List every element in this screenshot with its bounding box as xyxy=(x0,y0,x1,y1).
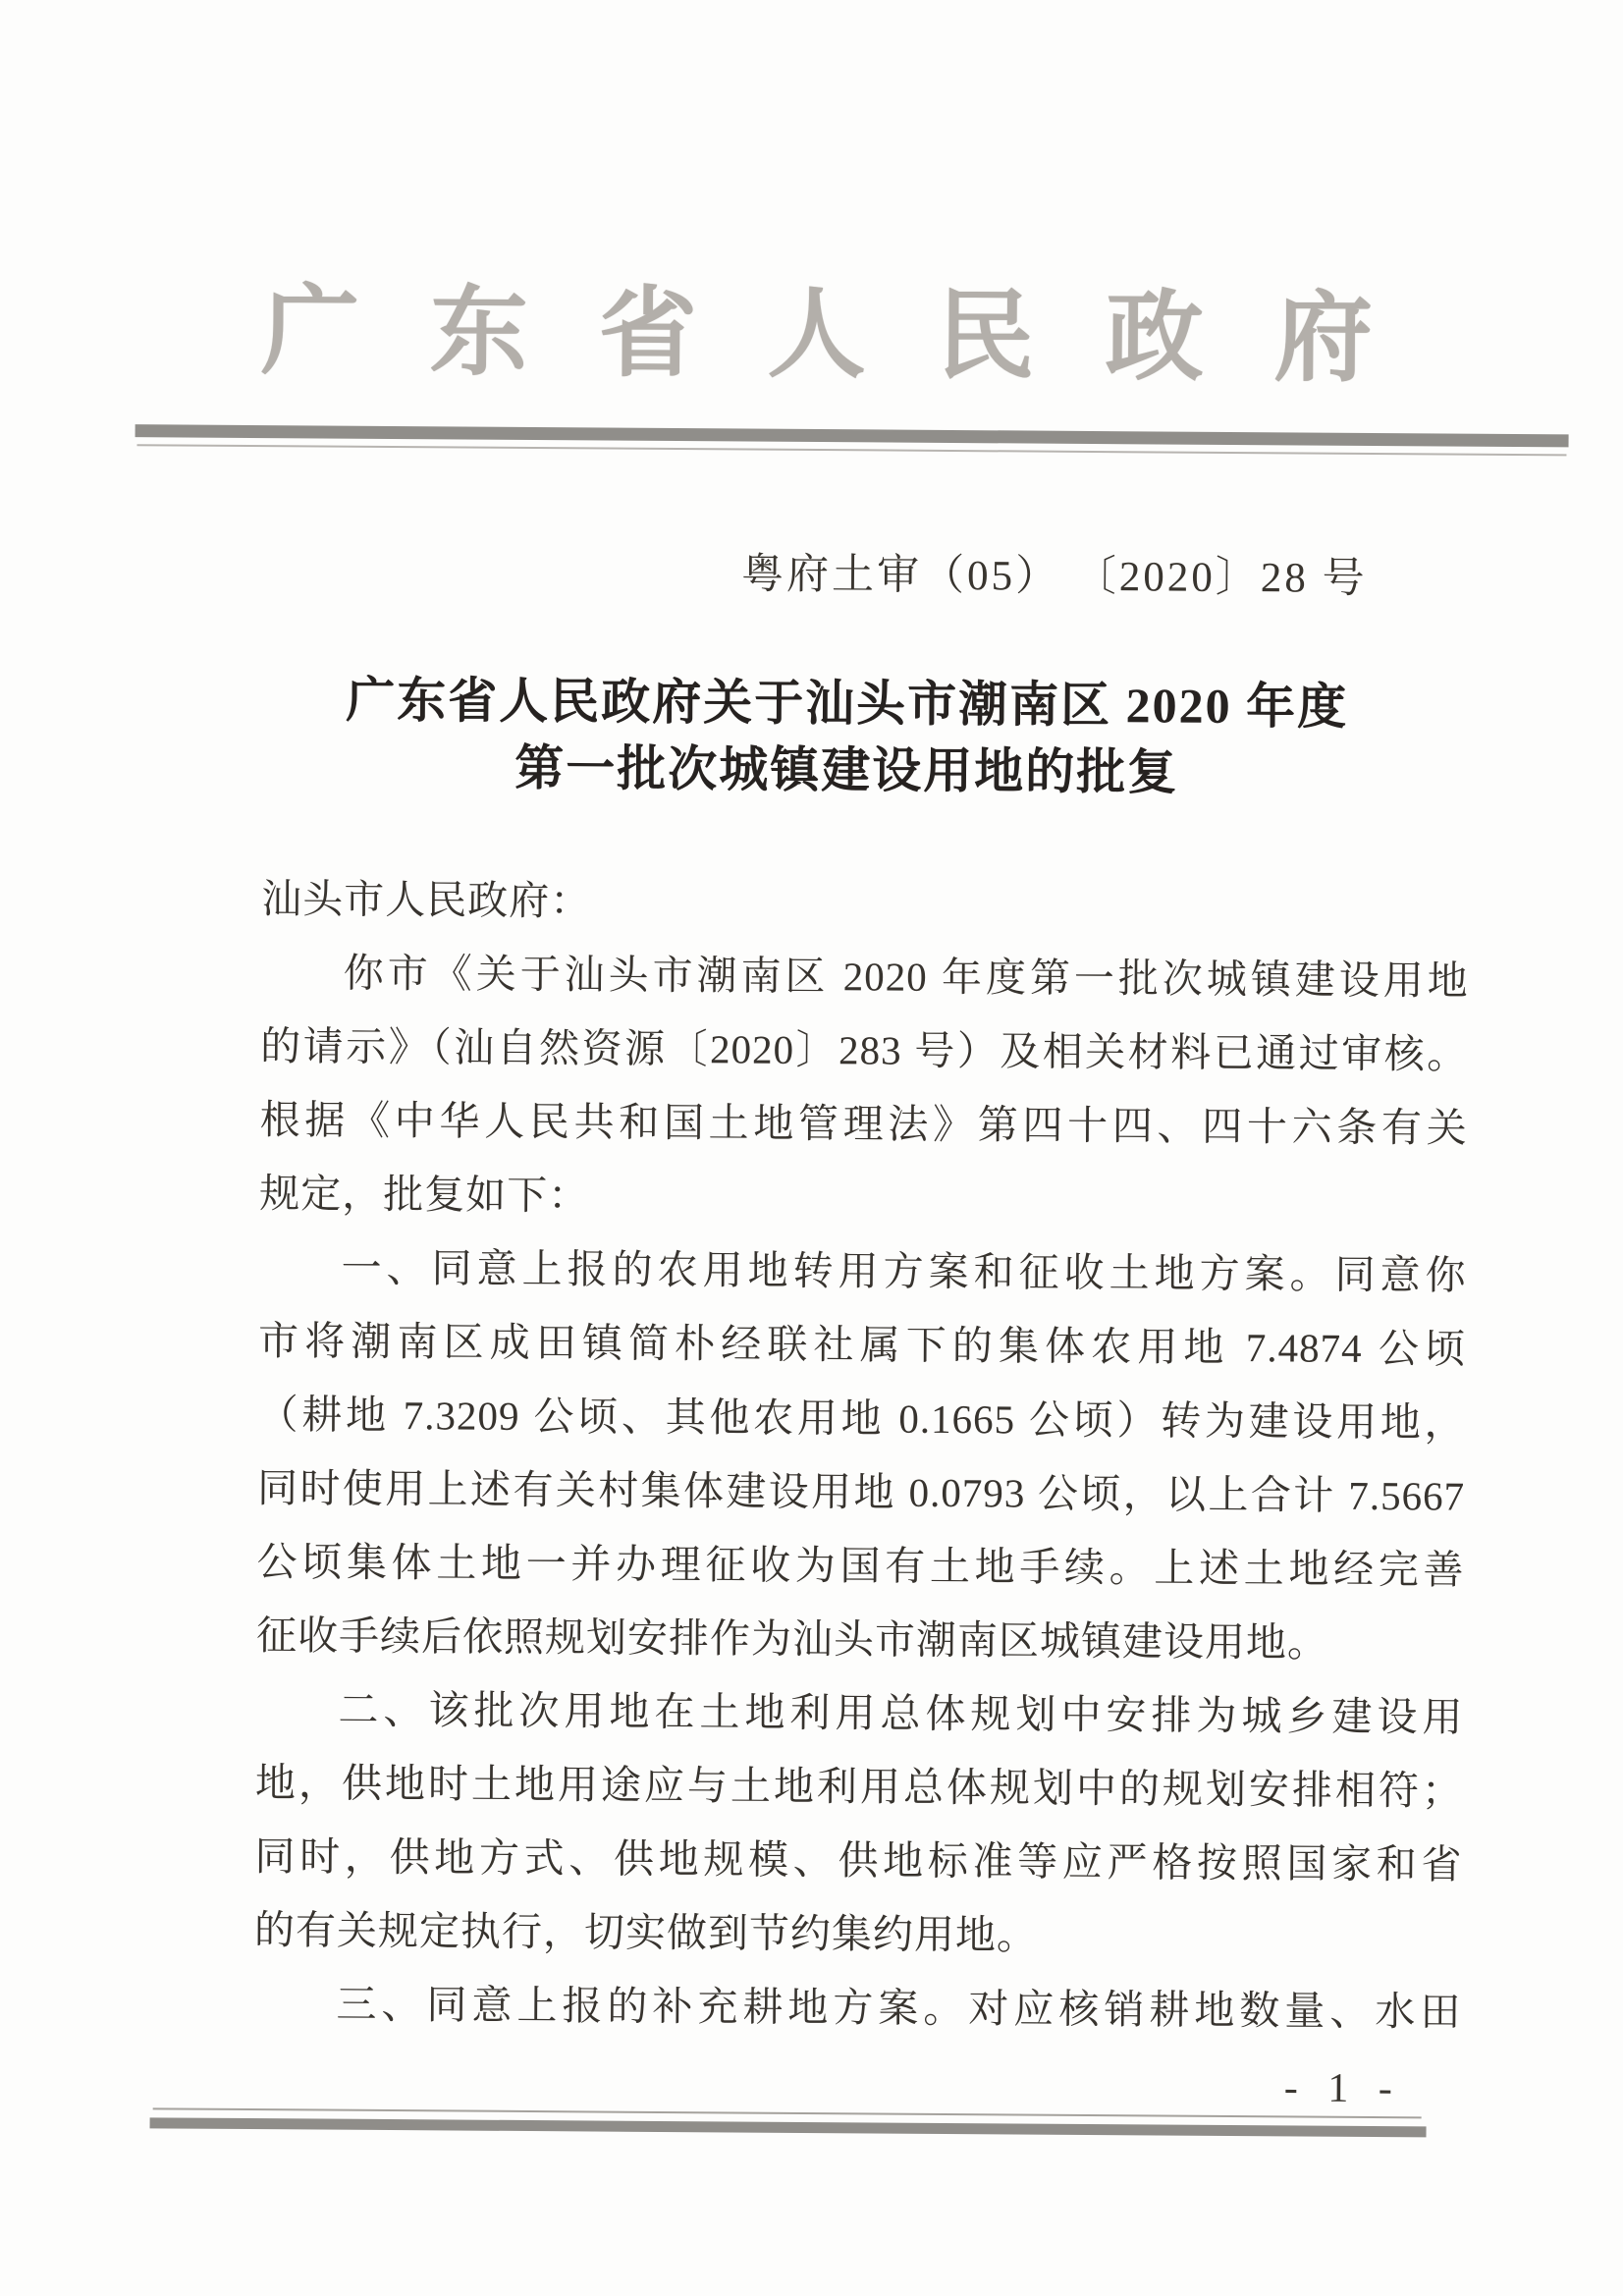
salutation: 汕头市人民政府： xyxy=(261,862,1469,945)
body-line: 根据《中华人民共和国土地管理法》第四十四、四十六条有关 xyxy=(259,1083,1467,1166)
body-line: 地，供地时土地用途应与土地利用总体规划中的规划安排相符； xyxy=(255,1746,1463,1829)
body-line: 同时，供地方式、供地规模、供地标准等应严格按照国家和省 xyxy=(254,1820,1462,1902)
body-line: 公顷集体土地一并办理征收为国有土地手续。上述土地经完善 xyxy=(256,1525,1464,1608)
body-line: 的有关规定执行，切实做到节约集约用地。 xyxy=(254,1893,1462,1976)
doc-number: 粤府土审（05） 〔2020〕28 号 xyxy=(263,546,1471,606)
document-body: 汕头市人民政府： 你市《关于汕头市潮南区 2020 年度第一批次城镇建设用地 的… xyxy=(253,862,1469,2050)
document-page: 广东省人民政府 粤府土审（05） 〔2020〕28 号 广东省人民政府关于汕头市… xyxy=(0,0,1623,2296)
page-number: - 1 - xyxy=(1255,2063,1432,2113)
body-line: 你市《关于汕头市潮南区 2020 年度第一批次城镇建设用地 xyxy=(260,936,1468,1018)
body-line: 市将潮南区成田镇简朴经联社属下的集体农用地 7.4874 公顷 xyxy=(258,1304,1466,1387)
header-rule-thick xyxy=(135,424,1569,447)
body-line: 同时使用上述有关村集体建设用地 0.0793 公顷，以上合计 7.5667 xyxy=(257,1451,1465,1534)
footer-rule-thin xyxy=(153,2107,1422,2118)
scanned-content: 广东省人民政府 粤府土审（05） 〔2020〕28 号 广东省人民政府关于汕头市… xyxy=(0,0,1623,2296)
body-line: 的请示》（汕自然资源〔2020〕283 号）及相关材料已通过审核。 xyxy=(260,1010,1468,1092)
body-line: （耕地 7.3209 公顷、其他农用地 0.1665 公顷）转为建设用地， xyxy=(257,1378,1465,1460)
body-line: 规定，批复如下： xyxy=(259,1157,1467,1239)
body-line: 一、同意上报的农用地转用方案和征收土地方案。同意你 xyxy=(258,1230,1466,1313)
body-line: 三、同意上报的补充耕地方案。对应核销耕地数量、水田 xyxy=(253,1967,1461,2050)
document-title: 广东省人民政府关于汕头市潮南区 2020 年度 第一批次城镇建设用地的批复 xyxy=(149,665,1544,808)
agency-header: 广东省人民政府 xyxy=(5,277,1623,395)
document-title-line-1: 广东省人民政府关于汕头市潮南区 2020 年度 xyxy=(149,665,1543,741)
body-line: 二、该批次用地在土地利用总体规划中安排为城乡建设用 xyxy=(255,1672,1463,1755)
body-line: 征收手续后依照规划安排作为汕头市潮南区城镇建设用地。 xyxy=(256,1599,1464,1681)
header-rule-thin xyxy=(136,444,1566,456)
footer-rule-thick xyxy=(150,2117,1427,2137)
document-title-line-2: 第一批次城镇建设用地的批复 xyxy=(149,732,1543,808)
